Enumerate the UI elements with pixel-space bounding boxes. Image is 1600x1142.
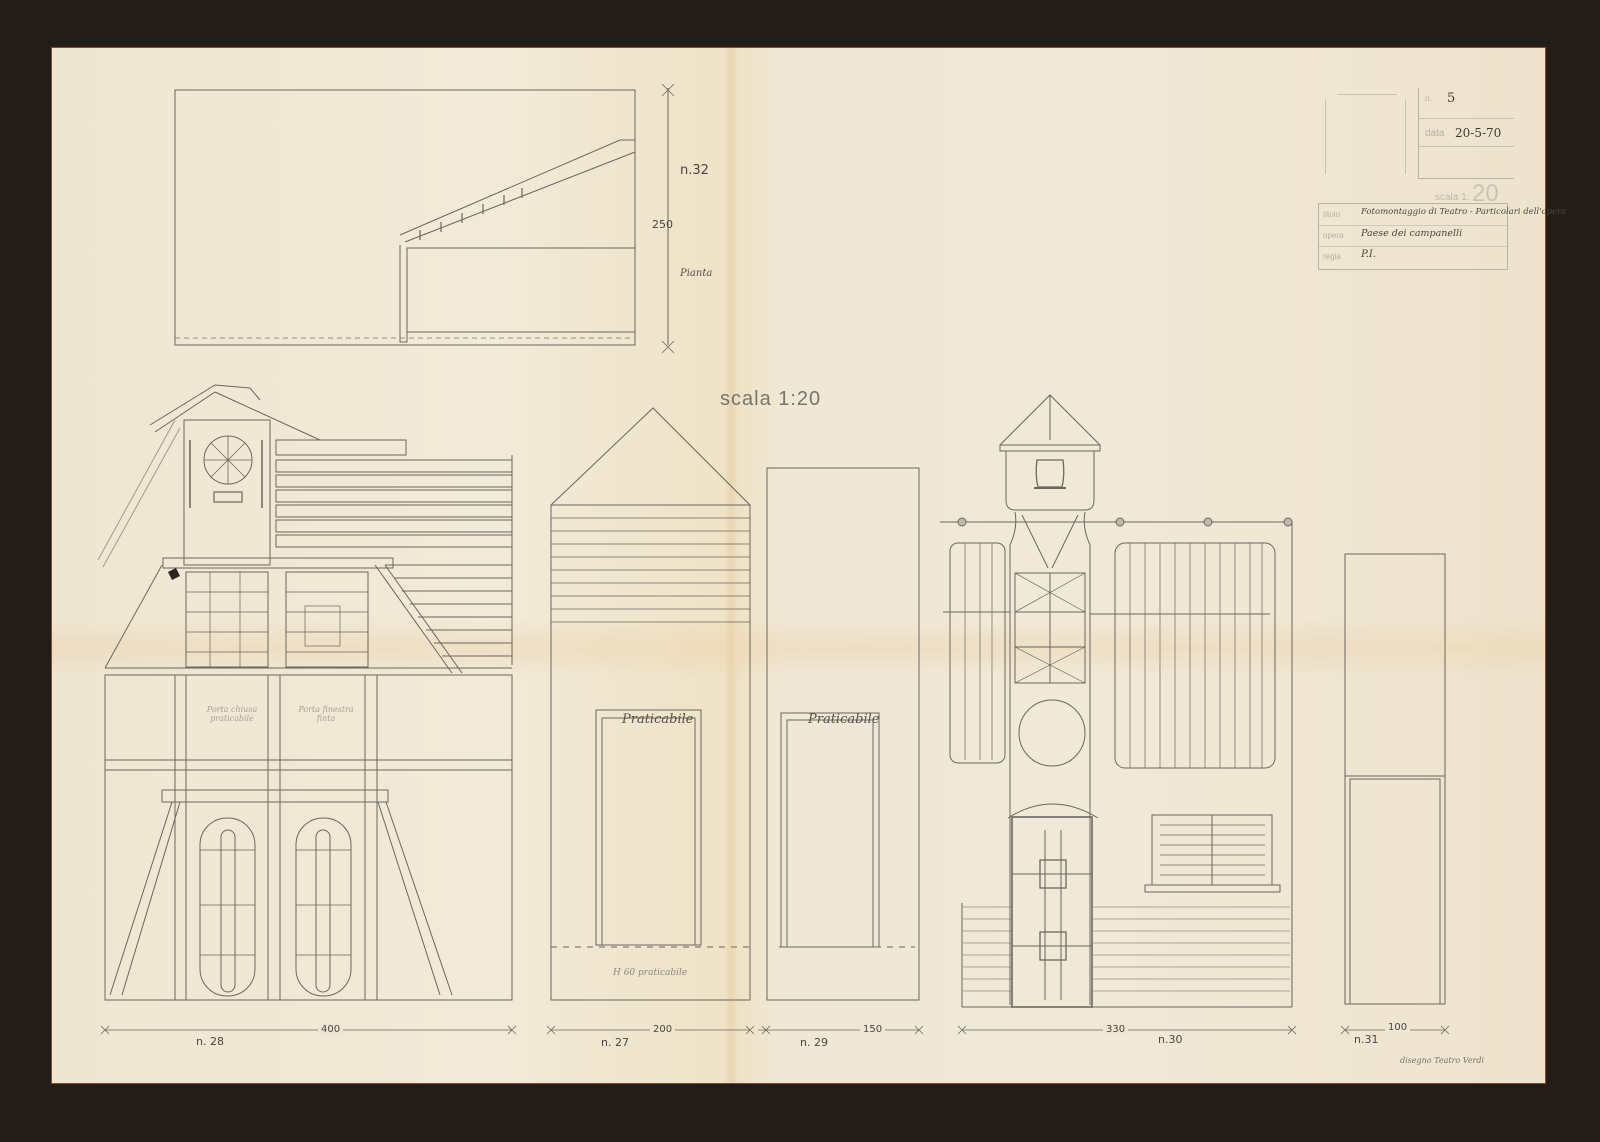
field-label-regia: regia xyxy=(1323,252,1341,261)
note-n29-praticabile: Praticabile xyxy=(808,712,879,727)
dimension-line xyxy=(101,1026,1449,1034)
drawing-label-n27: n. 27 xyxy=(601,1036,629,1049)
title-block-stamp xyxy=(1325,94,1410,180)
dimension-n30: 330 xyxy=(1103,1024,1128,1035)
drawing-label-n29: n. 29 xyxy=(800,1036,828,1049)
drawing-label-n32: n.32 xyxy=(680,163,709,178)
dimension-n28: 400 xyxy=(318,1024,343,1035)
elevation-n27 xyxy=(551,408,750,1000)
field-value-titolo: Fotomontaggio di Teatro - Particolari de… xyxy=(1361,207,1566,217)
elevation-n30 xyxy=(940,395,1292,1007)
note-n28-left: Porta chiusa praticabile xyxy=(192,705,272,723)
field-value-opera: Paese dei campanelli xyxy=(1361,228,1462,239)
elevation-n29 xyxy=(767,468,919,1000)
signature: disegno Teatro Verdi xyxy=(1400,1056,1484,1065)
number-date-box: n. 5 data 20-5-70 xyxy=(1418,88,1514,179)
elevation-n31 xyxy=(1345,554,1445,1004)
elevation-n28 xyxy=(98,385,512,1000)
date-label: data xyxy=(1425,128,1444,139)
field-label-opera: opera xyxy=(1323,231,1343,240)
note-n28-right: Porta finestra finta xyxy=(288,705,364,723)
number-value: 5 xyxy=(1447,91,1455,106)
dimension-n27: 200 xyxy=(650,1024,675,1035)
note-n27-h60: H 60 praticabile xyxy=(613,968,687,978)
drawing-label-n28: n. 28 xyxy=(196,1035,224,1048)
note-n27-praticabile: Praticabile xyxy=(622,712,693,727)
dimension-n32: 250 xyxy=(652,218,673,231)
horizontal-siding xyxy=(276,440,512,665)
drawing-label-n31: n.31 xyxy=(1354,1033,1378,1046)
date-value: 20-5-70 xyxy=(1455,126,1501,140)
field-label-titolo: titolo xyxy=(1323,210,1340,219)
number-label: n. xyxy=(1425,94,1432,103)
note-n32: Pianta xyxy=(680,268,712,279)
field-value-regia: P.I. xyxy=(1361,249,1376,260)
plan-n32 xyxy=(175,84,674,353)
drawing-label-n30: n.30 xyxy=(1158,1033,1182,1046)
scale-heading: scala 1:20 xyxy=(720,388,821,411)
title-fields-box: titolo Fotomontaggio di Teatro - Partico… xyxy=(1318,203,1508,270)
scale-label: scala 1: xyxy=(1435,192,1469,203)
dimension-n29: 150 xyxy=(860,1024,885,1035)
dimension-n31: 100 xyxy=(1385,1022,1410,1033)
